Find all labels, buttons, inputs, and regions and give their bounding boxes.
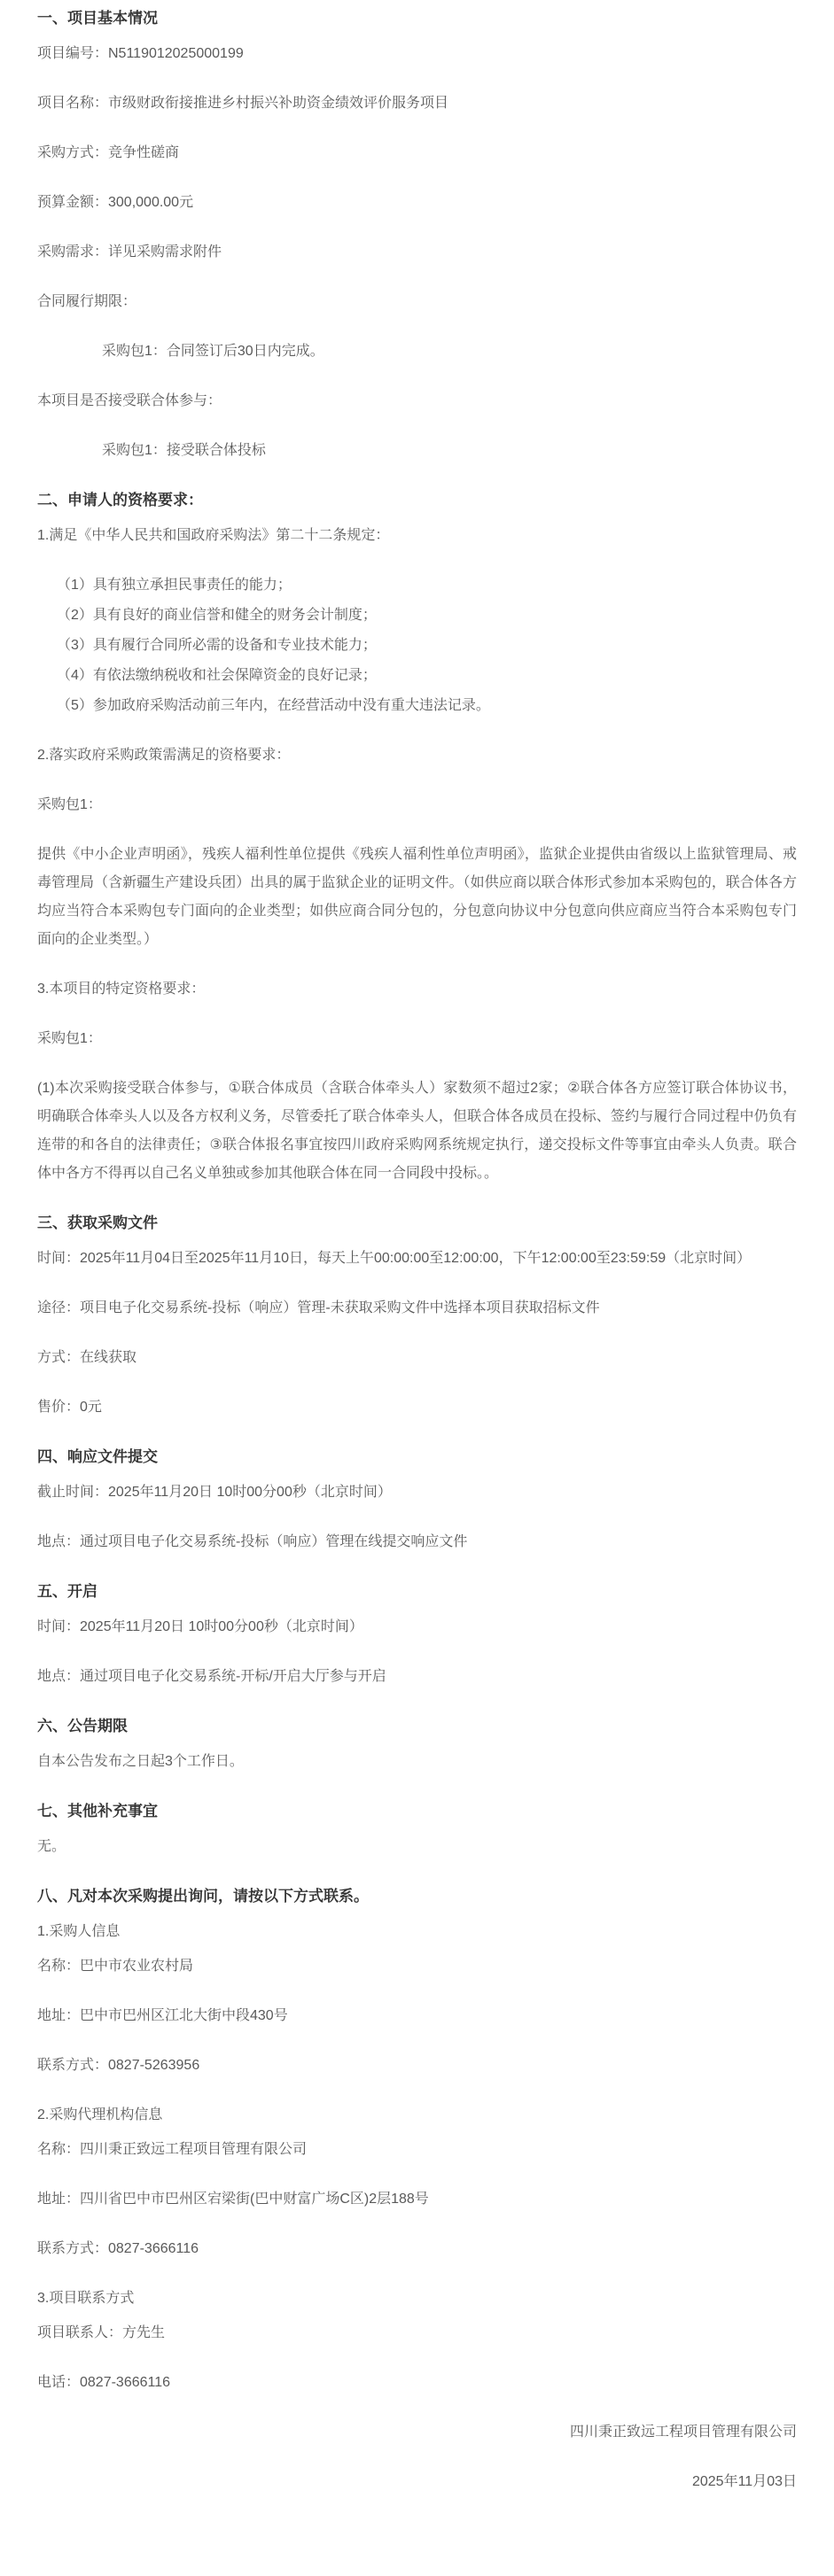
field-line: 合同履行期限： <box>37 288 797 316</box>
section-heading: 八、凡对本次采购提出询问，请按以下方式联系。 <box>37 1882 797 1911</box>
field-line: 采购包1： <box>37 1025 797 1053</box>
paragraph: 提供《中小企业声明函》，残疾人福利性单位提供《残疾人福利性单位声明函》，监狱企业… <box>37 841 797 954</box>
field-line: 项目名称：市级财政衔接推进乡村振兴补助资金绩效评价服务项目 <box>37 89 797 118</box>
section-heading: 一、项目基本情况 <box>37 4 797 33</box>
subsection-title: 1.采购人信息 <box>37 1918 797 1946</box>
section-heading: 七、其他补充事宜 <box>37 1797 797 1826</box>
field-line: 预算金额：300,000.00元 <box>37 189 797 217</box>
field-line: 本项目是否接受联合体参与： <box>37 387 797 415</box>
field-line: 途径：项目电子化交易系统-投标（响应）管理-未获取采购文件中选择本项目获取招标文… <box>37 1294 797 1323</box>
qualification-item: （1）具有独立承担民事责任的能力； <box>37 571 797 600</box>
field-line: 联系方式：0827-5263956 <box>37 2052 797 2080</box>
field-line: 项目联系人：方先生 <box>37 2319 797 2347</box>
announcement-document: 一、项目基本情况项目编号：N5119012025000199项目名称：市级财政衔… <box>0 0 834 2523</box>
section-heading: 四、响应文件提交 <box>37 1443 797 1471</box>
field-line: 无。 <box>37 1833 797 1861</box>
field-line: 电话：0827-3666116 <box>37 2369 797 2397</box>
subsection-title: 3.项目联系方式 <box>37 2285 797 2313</box>
field-line: 售价：0元 <box>37 1393 797 1422</box>
qualification-item: （4）有依法缴纳税收和社会保障资金的良好记录； <box>37 662 797 690</box>
field-line: 3.本项目的特定资格要求： <box>37 975 797 1004</box>
field-line: 方式：在线获取 <box>37 1344 797 1372</box>
paragraph: (1)本次采购接受联合体参与，①联合体成员（含联合体牵头人）家数须不超过2家；②… <box>37 1075 797 1188</box>
field-line: 名称：巴中市农业农村局 <box>37 1952 797 1981</box>
qualification-item: （5）参加政府采购活动前三年内，在经营活动中没有重大违法记录。 <box>37 692 797 720</box>
field-line: 地址：巴中市巴州区江北大街中段430号 <box>37 2002 797 2030</box>
subsection-title: 2.采购代理机构信息 <box>37 2101 797 2130</box>
section-heading: 三、获取采购文件 <box>37 1209 797 1238</box>
package-detail-line: 采购包1：合同签订后30日内完成。 <box>37 338 797 366</box>
field-line: 截止时间：2025年11月20日 10时00分00秒（北京时间） <box>37 1478 797 1507</box>
field-line: 2.落实政府采购政策需满足的资格要求： <box>37 741 797 770</box>
field-line: 地点：通过项目电子化交易系统-投标（响应）管理在线提交响应文件 <box>37 1528 797 1556</box>
signature-date: 2025年11月03日 <box>37 2468 797 2496</box>
field-line: 采购需求：详见采购需求附件 <box>37 238 797 267</box>
field-line: 采购包1： <box>37 791 797 819</box>
field-line: 1.满足《中华人民共和国政府采购法》第二十二条规定： <box>37 522 797 550</box>
page: { "colors": { "bg": "#ffffff", "body": "… <box>0 0 834 2523</box>
section-heading: 五、开启 <box>37 1578 797 1606</box>
field-line: 地点：通过项目电子化交易系统-开标/开启大厅参与开启 <box>37 1663 797 1691</box>
field-line: 地址：四川省巴中市巴州区宕梁街(巴中财富广场C区)2层188号 <box>37 2185 797 2214</box>
field-line: 时间：2025年11月20日 10时00分00秒（北京时间） <box>37 1613 797 1641</box>
field-line: 自本公告发布之日起3个工作日。 <box>37 1748 797 1776</box>
package-detail-line: 采购包1：接受联合体投标 <box>37 437 797 465</box>
section-heading: 二、申请人的资格要求： <box>37 486 797 515</box>
field-line: 名称：四川秉正致远工程项目管理有限公司 <box>37 2136 797 2164</box>
section-heading: 六、公告期限 <box>37 1712 797 1741</box>
field-line: 项目编号：N5119012025000199 <box>37 40 797 68</box>
field-line: 采购方式：竞争性磋商 <box>37 139 797 167</box>
field-line: 联系方式：0827-3666116 <box>37 2235 797 2263</box>
qualification-item: （3）具有履行合同所必需的设备和专业技术能力； <box>37 632 797 660</box>
qualification-item: （2）具有良好的商业信誉和健全的财务会计制度； <box>37 601 797 630</box>
paragraph: 时间：2025年11月04日至2025年11月10日，每天上午00:00:00至… <box>37 1245 797 1273</box>
signature-company: 四川秉正致远工程项目管理有限公司 <box>37 2418 797 2447</box>
